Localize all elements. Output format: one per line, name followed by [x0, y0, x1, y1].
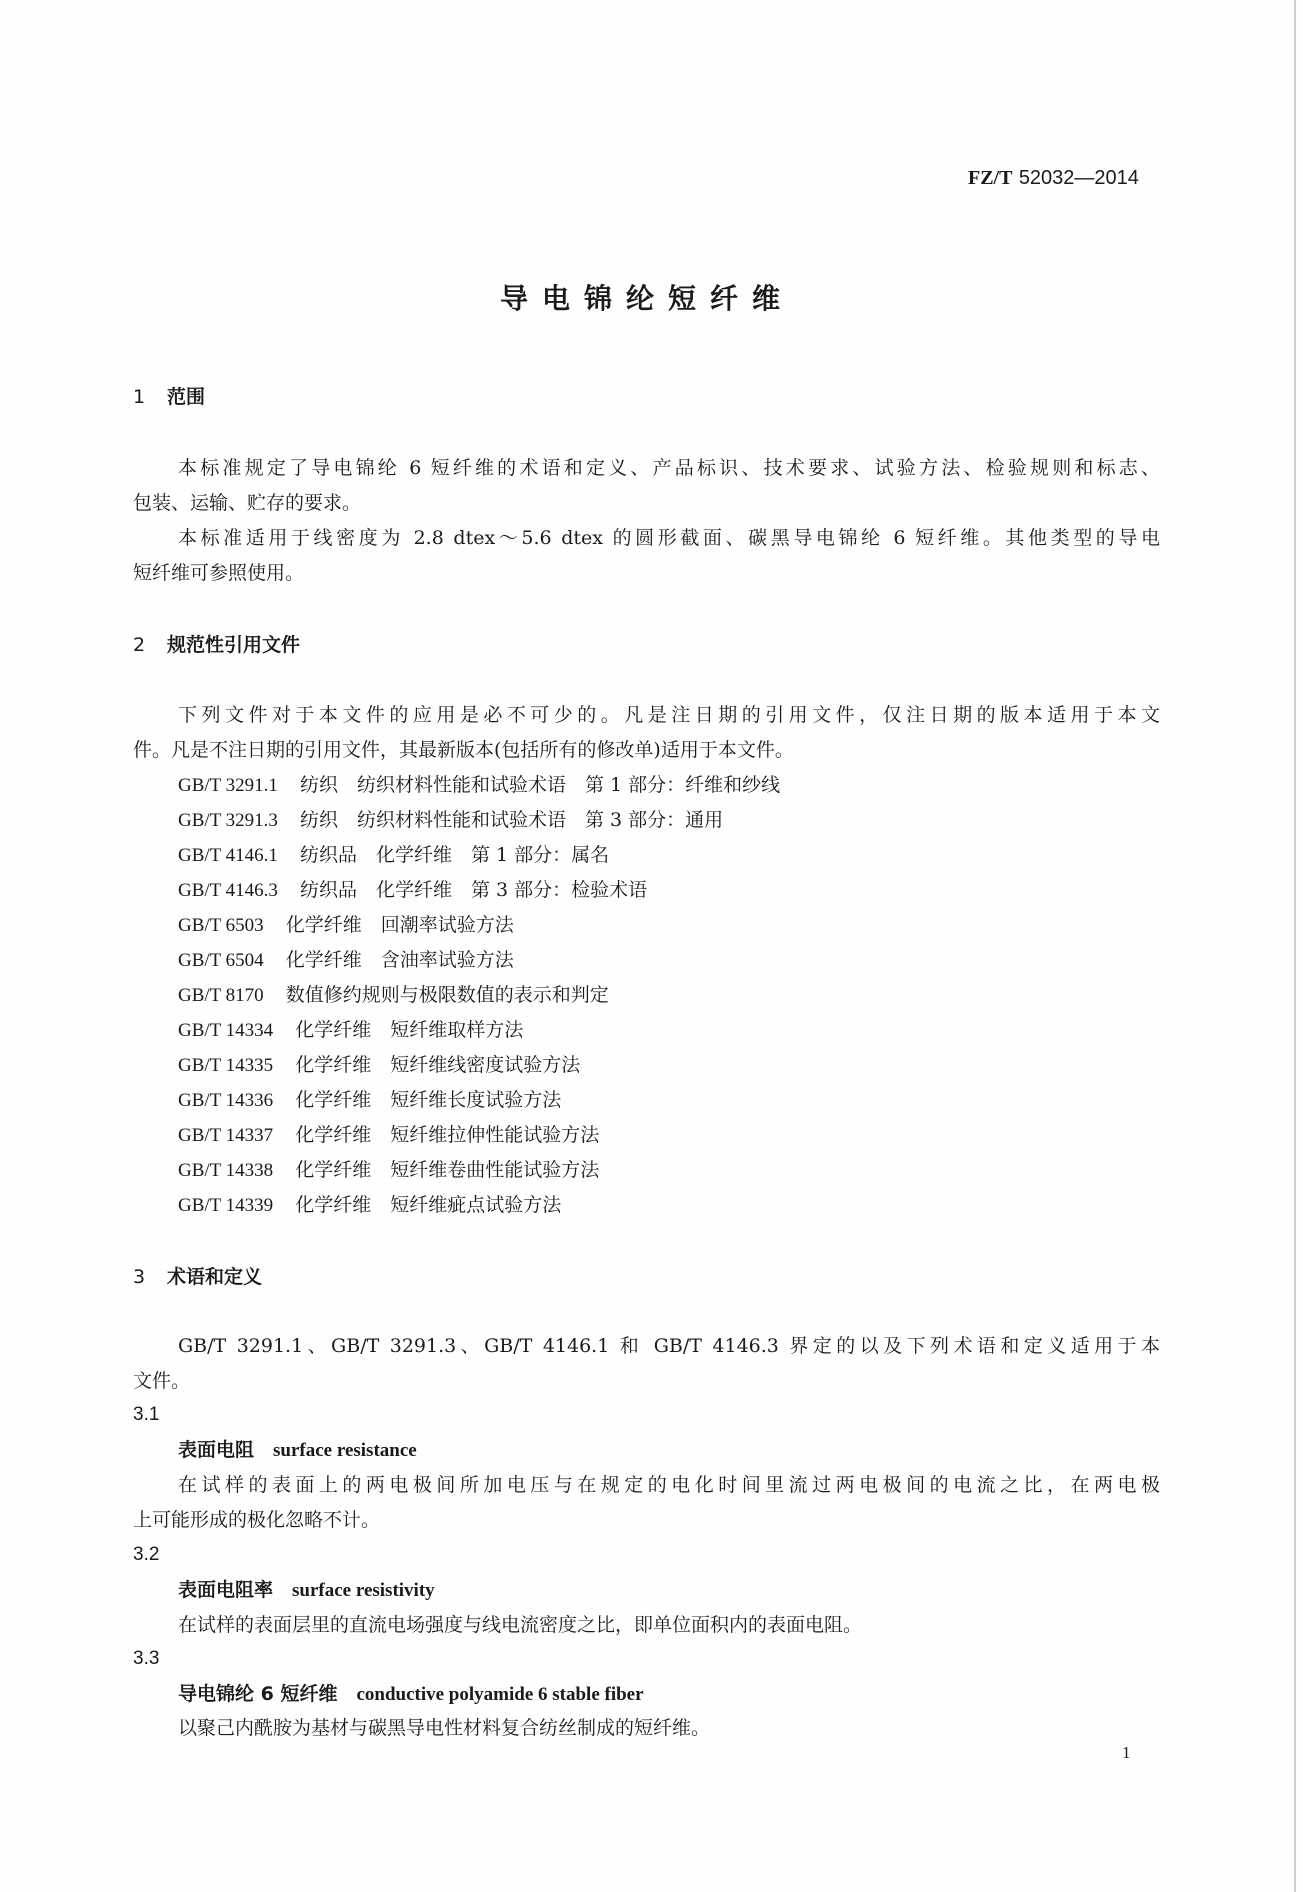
term-en: surface resistivity [292, 1580, 435, 1601]
reference-item: GB/T 3291.3纺织 纺织材料性能和试验术语 第 3 部分：通用 [178, 807, 723, 834]
reference-item: GB/T 8170数值修约规则与极限数值的表示和判定 [178, 982, 609, 1009]
term-zh: 导电锦纶 6 短纤维 [178, 1683, 337, 1705]
term-definition-line: 在试样的表面上的两电极间所加电压与在规定的电化时间里流过两电极间的电流之比，在两… [178, 1472, 1160, 1498]
reference-title: 化学纤维 含油率试验方法 [286, 949, 514, 971]
reference-title: 化学纤维 短纤维长度试验方法 [295, 1089, 561, 1111]
reference-item: GB/T 14335化学纤维 短纤维线密度试验方法 [178, 1052, 580, 1079]
reference-title: 化学纤维 短纤维卷曲性能试验方法 [295, 1159, 599, 1181]
reference-code: GB/T 14337 [178, 1123, 273, 1149]
section-heading-1: 1范围 [133, 384, 205, 410]
reference-item: GB/T 6504化学纤维 含油率试验方法 [178, 947, 514, 974]
paragraph-line: 文件。 [133, 1368, 190, 1394]
reference-title: 纺织品 化学纤维 第 3 部分：检验术语 [300, 879, 647, 901]
reference-code: GB/T 3291.1 [178, 773, 278, 799]
term-zh: 表面电阻率 [178, 1579, 273, 1601]
reference-item: GB/T 4146.3纺织品 化学纤维 第 3 部分：检验术语 [178, 877, 647, 904]
reference-title: 纺织品 化学纤维 第 1 部分：属名 [300, 844, 609, 866]
reference-code: GB/T 14339 [178, 1193, 273, 1219]
document-code: 52032—2014 [1019, 167, 1139, 189]
reference-title: 化学纤维 短纤维拉伸性能试验方法 [295, 1124, 599, 1146]
term-heading: 导电锦纶 6 短纤维 conductive polyamide 6 stable… [178, 1681, 644, 1708]
section-title: 规范性引用文件 [167, 634, 300, 656]
reference-item: GB/T 6503化学纤维 回潮率试验方法 [178, 912, 514, 939]
section-number: 3 [133, 1264, 167, 1290]
section-number: 1 [133, 384, 167, 410]
reference-code: GB/T 14338 [178, 1158, 273, 1184]
reference-item: GB/T 14338化学纤维 短纤维卷曲性能试验方法 [178, 1157, 599, 1184]
document-page: FZ/T 52032—2014 导电锦纶短纤维 1范围 本标准规定了导电锦纶 6… [0, 0, 1303, 1892]
term-en: conductive polyamide 6 stable fiber [356, 1684, 643, 1705]
reference-code: GB/T 6504 [178, 948, 264, 974]
reference-item: GB/T 4146.1纺织品 化学纤维 第 1 部分：属名 [178, 842, 609, 869]
term-definition-line: 在试样的表面层里的直流电场强度与线电流密度之比，即单位面积内的表面电阻。 [178, 1612, 862, 1638]
document-number: FZ/T 52032—2014 [968, 164, 1139, 191]
reference-title: 数值修约规则与极限数值的表示和判定 [286, 984, 609, 1006]
reference-code: GB/T 14334 [178, 1018, 273, 1044]
reference-title: 纺织 纺织材料性能和试验术语 第 3 部分：通用 [300, 809, 723, 831]
reference-title: 化学纤维 短纤维线密度试验方法 [295, 1054, 580, 1076]
reference-item: GB/T 3291.1纺织 纺织材料性能和试验术语 第 1 部分：纤维和纱线 [178, 772, 780, 799]
reference-code: GB/T 4146.3 [178, 878, 278, 904]
paragraph-line: 件。凡是不注日期的引用文件，其最新版本(包括所有的修改单)适用于本文件。 [133, 737, 794, 763]
term-en: surface resistance [273, 1440, 417, 1461]
reference-code: GB/T 14336 [178, 1088, 273, 1114]
page-title: 导电锦纶短纤维 [500, 282, 794, 316]
term-number: 3.1 [133, 1402, 159, 1428]
reference-code: GB/T 3291.3 [178, 808, 278, 834]
term-heading: 表面电阻率 surface resistivity [178, 1577, 435, 1604]
reference-item: GB/T 14337化学纤维 短纤维拉伸性能试验方法 [178, 1122, 599, 1149]
paragraph-line: GB/T 3291.1、GB/T 3291.3、GB/T 4146.1 和 GB… [178, 1333, 1160, 1359]
term-definition-line: 上可能形成的极化忽略不计。 [133, 1507, 380, 1533]
page-edge-line [1294, 0, 1296, 1892]
reference-title: 纺织 纺织材料性能和试验术语 第 1 部分：纤维和纱线 [300, 774, 780, 796]
paragraph-line: 本标准适用于线密度为 2.8 dtex～5.6 dtex 的圆形截面、碳黑导电锦… [178, 525, 1160, 551]
page-number: 1 [1122, 1740, 1131, 1766]
reference-code: GB/T 8170 [178, 983, 264, 1009]
section-heading-3: 3术语和定义 [133, 1264, 262, 1290]
term-number: 3.2 [133, 1542, 159, 1568]
paragraph-line: 包装、运输、贮存的要求。 [133, 490, 361, 516]
reference-code: GB/T 14335 [178, 1053, 273, 1079]
section-title: 术语和定义 [167, 1266, 262, 1288]
reference-title: 化学纤维 回潮率试验方法 [286, 914, 514, 936]
reference-item: GB/T 14334化学纤维 短纤维取样方法 [178, 1017, 523, 1044]
reference-item: GB/T 14339化学纤维 短纤维疵点试验方法 [178, 1192, 561, 1219]
section-title: 范围 [167, 386, 205, 408]
document-prefix: FZ/T [968, 167, 1012, 189]
paragraph-line: 下列文件对于本文件的应用是必不可少的。凡是注日期的引用文件，仅注日期的版本适用于… [178, 702, 1160, 728]
paragraph-line: 本标准规定了导电锦纶 6 短纤维的术语和定义、产品标识、技术要求、试验方法、检验… [178, 455, 1160, 481]
section-heading-2: 2规范性引用文件 [133, 632, 300, 658]
term-zh: 表面电阻 [178, 1439, 254, 1461]
paragraph-line: 短纤维可参照使用。 [133, 560, 304, 586]
reference-code: GB/T 4146.1 [178, 843, 278, 869]
term-number: 3.3 [133, 1646, 159, 1672]
reference-code: GB/T 6503 [178, 913, 264, 939]
section-number: 2 [133, 632, 167, 658]
reference-item: GB/T 14336化学纤维 短纤维长度试验方法 [178, 1087, 561, 1114]
reference-title: 化学纤维 短纤维取样方法 [295, 1019, 523, 1041]
reference-title: 化学纤维 短纤维疵点试验方法 [295, 1194, 561, 1216]
term-heading: 表面电阻 surface resistance [178, 1437, 417, 1464]
term-definition-line: 以聚己内酰胺为基材与碳黑导电性材料复合纺丝制成的短纤维。 [178, 1715, 710, 1741]
